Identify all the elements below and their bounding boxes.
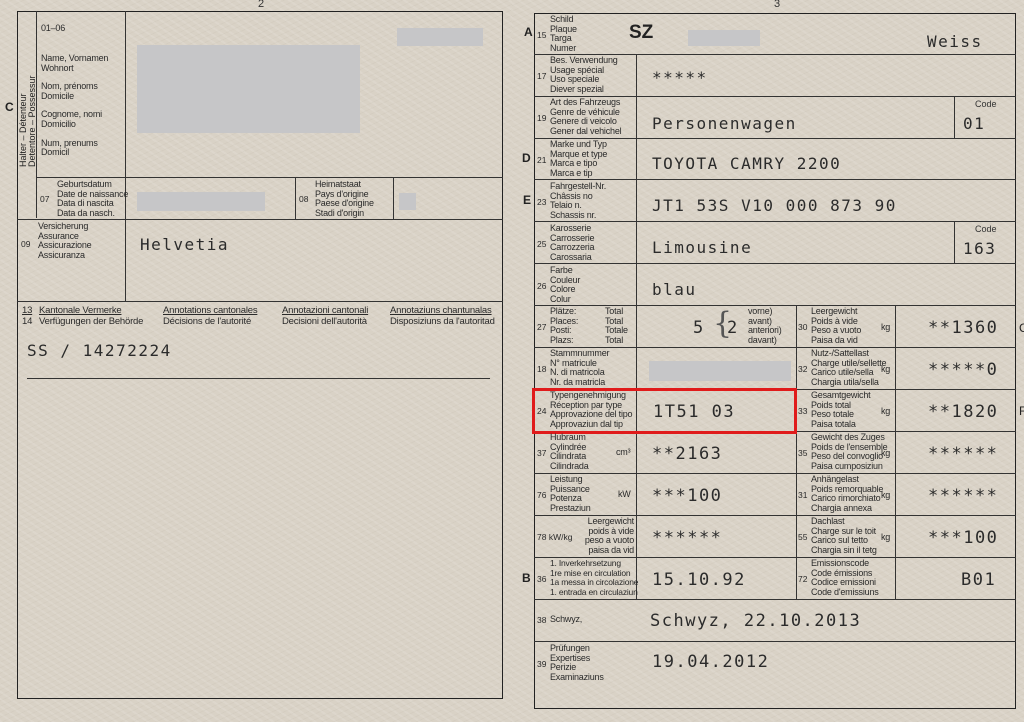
field-number-36: 36	[537, 574, 546, 584]
vehicle-type-value: Personenwagen	[652, 114, 797, 133]
field-number-27: 27	[537, 322, 546, 332]
unit-kg: kg	[881, 491, 890, 501]
unit-kg: kg	[881, 365, 890, 375]
field-number-18: 18	[537, 364, 546, 374]
redacted-origin	[399, 193, 416, 210]
chassis-labels: Fahrgestell-Nr. Châssis no Telaio n. Sch…	[550, 182, 606, 220]
redacted-plate-number	[688, 30, 760, 46]
annotations-it: Annotazioni cantonali Decisioni dell'aut…	[282, 306, 368, 327]
power-value: ***100	[652, 486, 722, 506]
roof-load-value: ***100	[928, 528, 998, 548]
divider	[534, 263, 1016, 264]
marker-b: B	[522, 571, 531, 585]
registry-number-labels: Stammnummer N° matricule N. di matricola…	[550, 349, 609, 387]
unit-kg: kg	[881, 449, 890, 459]
field-number-21: 21	[537, 155, 546, 165]
plate-canton: SZ	[629, 22, 653, 44]
divider	[534, 473, 1016, 474]
inspection-date-value: 19.04.2012	[652, 652, 769, 672]
body-type-code: 163	[963, 239, 996, 258]
field-number-15: 15	[537, 30, 546, 40]
field-number-72: 72	[798, 574, 807, 584]
insurance-value: Helvetia	[140, 235, 229, 254]
power-labels: Leistung Puissance Potenza Prestaziun	[550, 475, 591, 513]
combination-weight-labels: Gewicht des Zuges Poids de l'ensemble Pe…	[811, 433, 887, 471]
seats-front-labels: vorne) avant) anteriori) davant)	[748, 307, 782, 345]
towing-capacity-labels: Anhängelast Poids remorquable Carico rim…	[811, 475, 883, 513]
divider	[954, 96, 955, 138]
field-number-78: 78 kW/kg	[537, 532, 572, 542]
total-weight-value: **1820	[928, 402, 998, 422]
towing-capacity-value: ******	[928, 486, 998, 506]
field-number-09: 09	[21, 239, 30, 249]
first-registration-value: 15.10.92	[652, 570, 746, 590]
annotations-rm: Annotaziuns chantunalas Disposiziuns da …	[390, 306, 495, 327]
plate-color-value: Weiss	[927, 32, 983, 51]
color-value: blau	[652, 280, 697, 299]
annotations-numbers: 13 14	[22, 306, 32, 327]
emission-code-value: B01	[961, 570, 996, 590]
field-number-30: 30	[798, 322, 807, 332]
unit-cm3: cm³	[616, 448, 630, 458]
color-labels: Farbe Couleur Colore Colur	[550, 266, 580, 304]
divider	[393, 177, 394, 219]
vehicle-type-code: 01	[963, 114, 985, 133]
field-number-19: 19	[537, 113, 546, 123]
marker-c: C	[1019, 321, 1024, 335]
field-number-23: 23	[537, 197, 546, 207]
power-weight-labels: Leergewicht poids à vide peso a vuoto pa…	[582, 517, 634, 555]
redacted-holder-id	[397, 28, 483, 46]
divider	[17, 219, 503, 220]
combination-weight-value: ******	[928, 444, 998, 464]
field-number-35: 35	[798, 448, 807, 458]
divider	[796, 305, 797, 599]
field-number-39: 39	[537, 659, 546, 669]
roof-load-labels: Dachlast Charge sur le toit Carico sul t…	[811, 517, 877, 555]
first-registration-labels: 1. Inverkehrsetzung 1re mise en circulat…	[550, 559, 638, 597]
annotations-de: Kantonale Vermerke Verfügungen der Behör…	[39, 306, 143, 327]
divider	[17, 301, 503, 302]
divider	[895, 305, 896, 599]
redacted-holder-name	[137, 45, 360, 133]
displacement-labels: Hubraum Cylindrée Cilindrata Cilindrada	[550, 433, 589, 471]
total-weight-labels: Gesamtgewicht Poids total Peso totale Pa…	[811, 391, 870, 429]
field-number-31: 31	[798, 490, 807, 500]
displacement-value: **2163	[652, 444, 722, 464]
annotation-rule	[27, 378, 490, 379]
divider	[636, 54, 637, 599]
birthdate-labels: Geburtsdatum Date de naissance Data di n…	[57, 180, 128, 218]
seats-total-value: 5	[693, 318, 705, 338]
power-weight-value: ******	[652, 528, 722, 548]
divider	[125, 11, 126, 301]
marker-a: A	[524, 25, 533, 39]
payload-labels: Nutz-/Sattellast Charge utile/sellette C…	[811, 349, 886, 387]
annotations-value: SS / 14272224	[27, 341, 172, 360]
marker-d: D	[522, 151, 531, 165]
redacted-registry-number	[649, 361, 791, 381]
document-page-left: 2 C Halter – Détenteur Detentore – Posse…	[0, 0, 512, 722]
document-page-right: 3 A D E B C F 15 Schild Plaque Targa Num…	[512, 0, 1024, 722]
field-number-26: 26	[537, 281, 546, 291]
field-number-37: 37	[537, 448, 546, 458]
annotations-fr: Annotations cantonales Décisions de l'au…	[163, 306, 257, 327]
section-marker-c: C	[5, 100, 14, 114]
seats-front-value: 2	[727, 318, 739, 338]
field-number-38: 38	[537, 615, 546, 625]
special-use-value: *****	[652, 68, 708, 87]
divider	[954, 221, 955, 263]
body-type-labels: Karosserie Carrosserie Carrozzeria Caros…	[550, 224, 594, 262]
field-number-33: 33	[798, 406, 807, 416]
divider	[534, 641, 1016, 642]
holder-name-labels: Name, Vornamen Wohnort Nom, prénoms Domi…	[41, 54, 108, 158]
field-number-76: 76	[537, 490, 546, 500]
divider	[534, 599, 1016, 600]
vehicle-type-labels: Art des Fahrzeugs Genre de véhicule Gene…	[550, 98, 621, 136]
seats-labels: Plätze: Places: Posti: Plazs:	[550, 307, 578, 345]
marker-e: E	[523, 193, 531, 207]
code-label: Code	[975, 99, 997, 109]
seats-total-labels: Total Total Totale Total	[605, 307, 628, 345]
chassis-value: JT1 53S V10 000 873 90	[652, 196, 897, 215]
emission-code-labels: Emissionscode Code émissions Codice emis…	[811, 559, 879, 597]
unit-kg: kg	[881, 407, 890, 417]
make-model-value: TOYOTA CAMRY 2200	[652, 154, 841, 173]
field-number-07: 07	[40, 194, 49, 204]
empty-weight-value: **1360	[928, 318, 998, 338]
body-type-value: Limousine	[652, 238, 752, 257]
payload-value: *****0	[928, 360, 998, 380]
field-number-25: 25	[537, 239, 546, 249]
special-use-labels: Bes. Verwendung Usage spécial Uso specia…	[550, 56, 618, 94]
inspection-labels: Prüfungen Expertises Perizie Examinaziun…	[550, 644, 604, 682]
divider	[36, 11, 37, 218]
redacted-birthdate	[137, 192, 265, 211]
field-number-08: 08	[299, 194, 308, 204]
field-number-55: 55	[798, 532, 807, 542]
divider	[534, 179, 1016, 180]
field-number-17: 17	[537, 71, 546, 81]
issue-place-date-value: Schwyz, 22.10.2013	[650, 611, 861, 631]
code-label: Code	[975, 224, 997, 234]
empty-weight-labels: Leergewicht Poids à vide Peso a vuoto Pa…	[811, 307, 861, 345]
page-number: 3	[774, 0, 780, 10]
unit-kg: kg	[881, 323, 890, 333]
divider	[36, 177, 503, 178]
unit-kg: kg	[881, 533, 890, 543]
origin-labels: Heimatstaat Pays d'origine Paese d'origi…	[315, 180, 374, 218]
marker-f: F	[1019, 404, 1024, 418]
insurance-labels: Versicherung Assurance Assicurazione Ass…	[38, 222, 91, 260]
field-number-01-06: 01–06	[41, 24, 65, 34]
page-number: 2	[258, 0, 264, 10]
field-number-32: 32	[798, 364, 807, 374]
issue-place-label: Schwyz,	[550, 615, 582, 625]
divider	[534, 221, 1016, 222]
make-model-labels: Marke und Typ Marque et type Marca e tip…	[550, 140, 607, 178]
plate-labels: Schild Plaque Targa Numer	[550, 15, 577, 53]
divider	[295, 177, 296, 219]
unit-kw: kW	[618, 490, 631, 500]
type-approval-highlight	[532, 388, 797, 434]
